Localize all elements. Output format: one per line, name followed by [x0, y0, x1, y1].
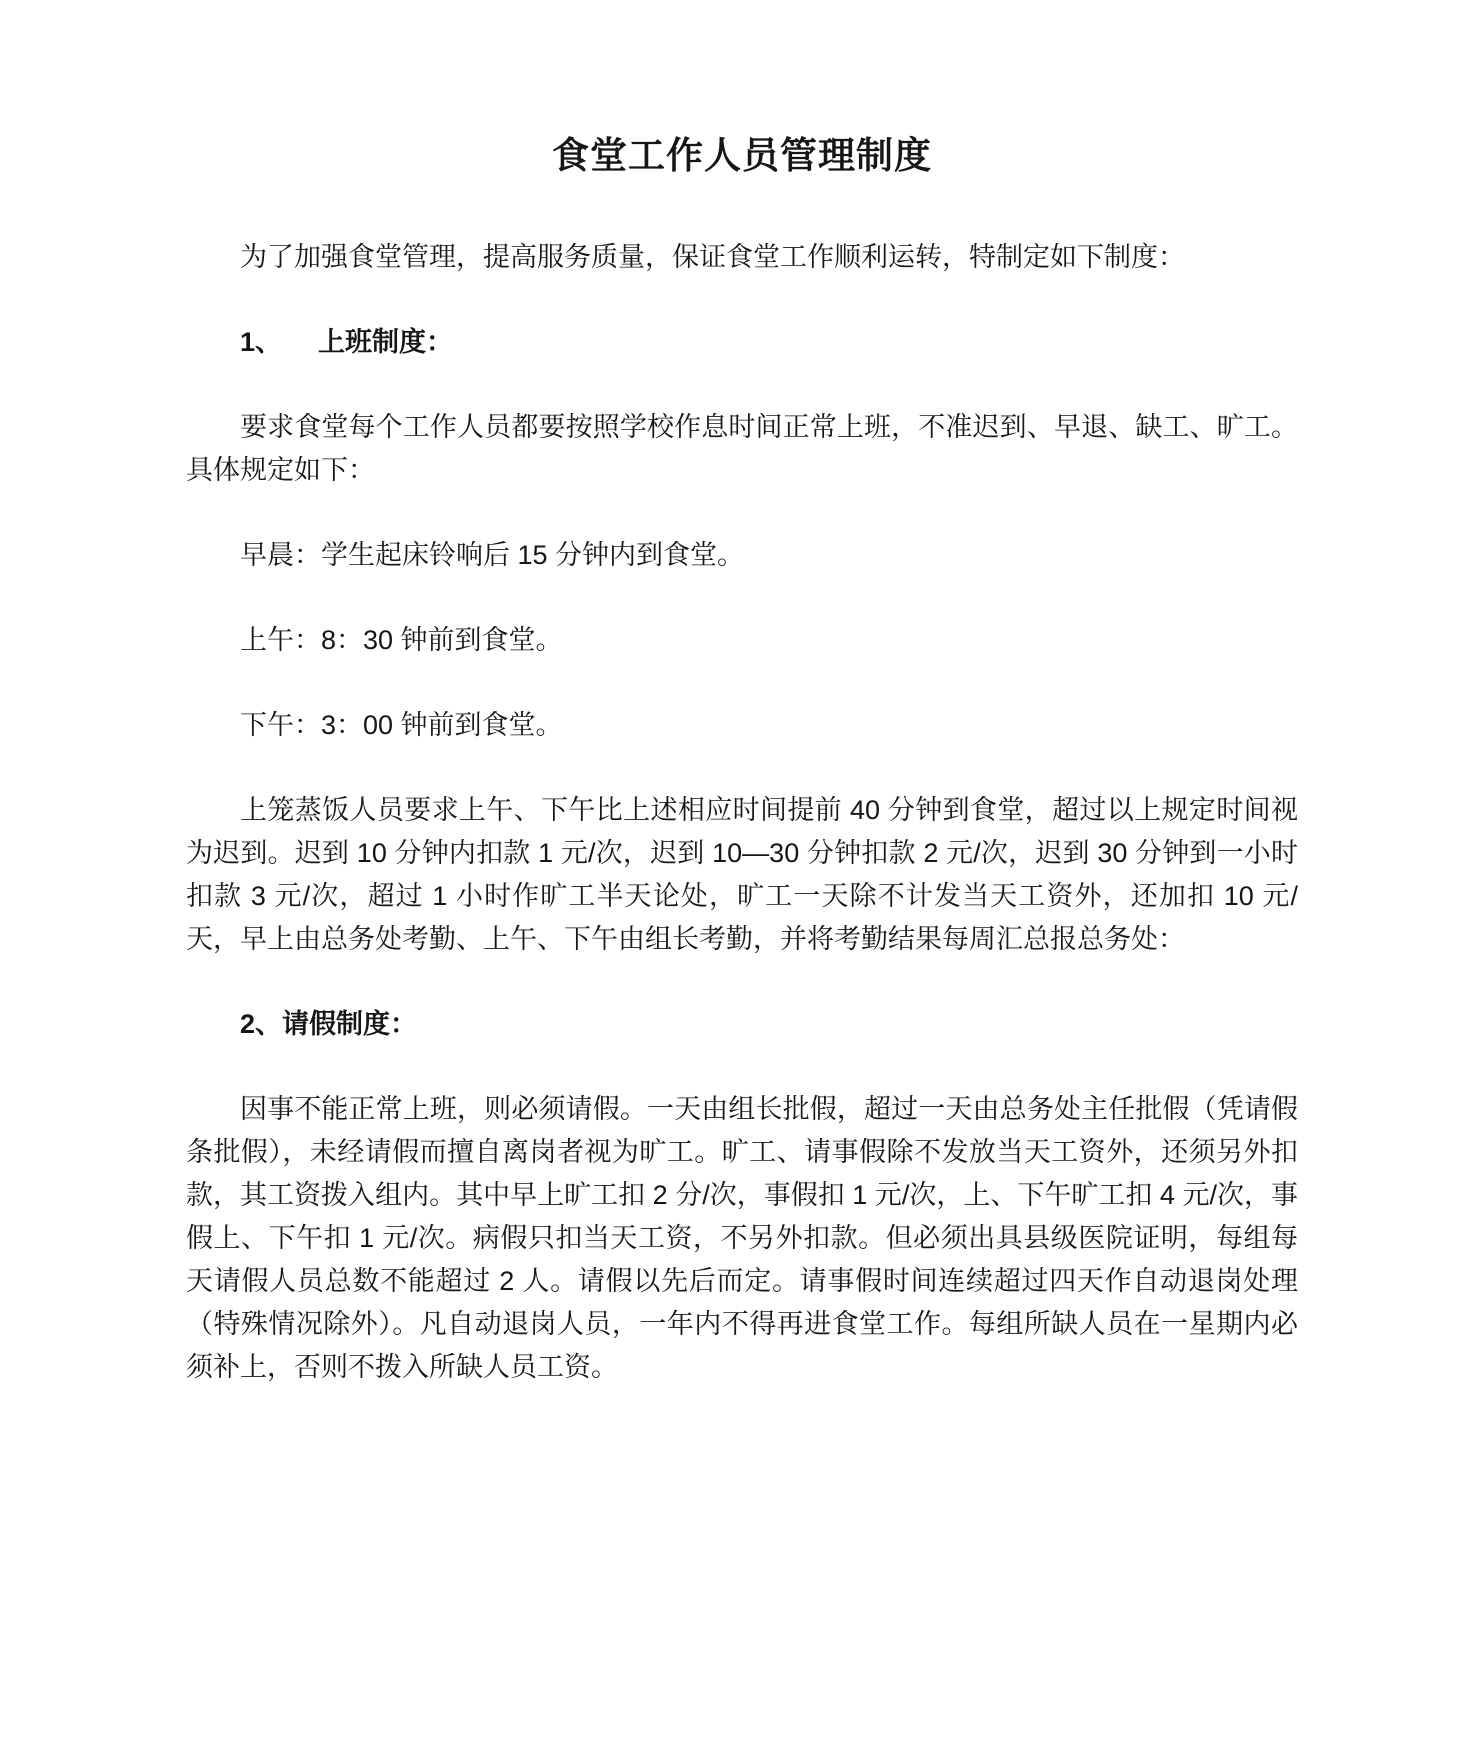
- section-2-number: 2、: [240, 1009, 282, 1039]
- section-1-heading: 1、上班制度：: [186, 321, 1298, 364]
- section-1-paragraph-4: 下午：3：00 钟前到食堂。: [186, 704, 1298, 747]
- document-page: 食堂工作人员管理制度 为了加强食堂管理，提高服务质量，保证食堂工作顺利运转，特制…: [0, 0, 1477, 1754]
- section-2-heading: 2、请假制度：: [186, 1003, 1298, 1046]
- section-1-number: 1、: [240, 327, 282, 357]
- section-1-title: 上班制度：: [318, 327, 453, 357]
- section-1-paragraph-1: 要求食堂每个工作人员都要按照学校作息时间正常上班，不准迟到、早退、缺工、旷工。具…: [186, 406, 1298, 492]
- section-1-paragraph-5: 上笼蒸饭人员要求上午、下午比上述相应时间提前 40 分钟到食堂，超过以上规定时间…: [186, 789, 1298, 961]
- section-1-paragraph-3: 上午：8：30 钟前到食堂。: [186, 619, 1298, 662]
- document-title: 食堂工作人员管理制度: [186, 132, 1298, 180]
- section-1-paragraph-2: 早晨：学生起床铃响后 15 分钟内到食堂。: [186, 534, 1298, 577]
- intro-paragraph: 为了加强食堂管理，提高服务质量，保证食堂工作顺利运转，特制定如下制度：: [186, 236, 1298, 279]
- section-2-paragraph-1: 因事不能正常上班，则必须请假。一天由组长批假，超过一天由总务处主任批假（凭请假条…: [186, 1088, 1298, 1389]
- section-2-title: 请假制度：: [282, 1009, 417, 1039]
